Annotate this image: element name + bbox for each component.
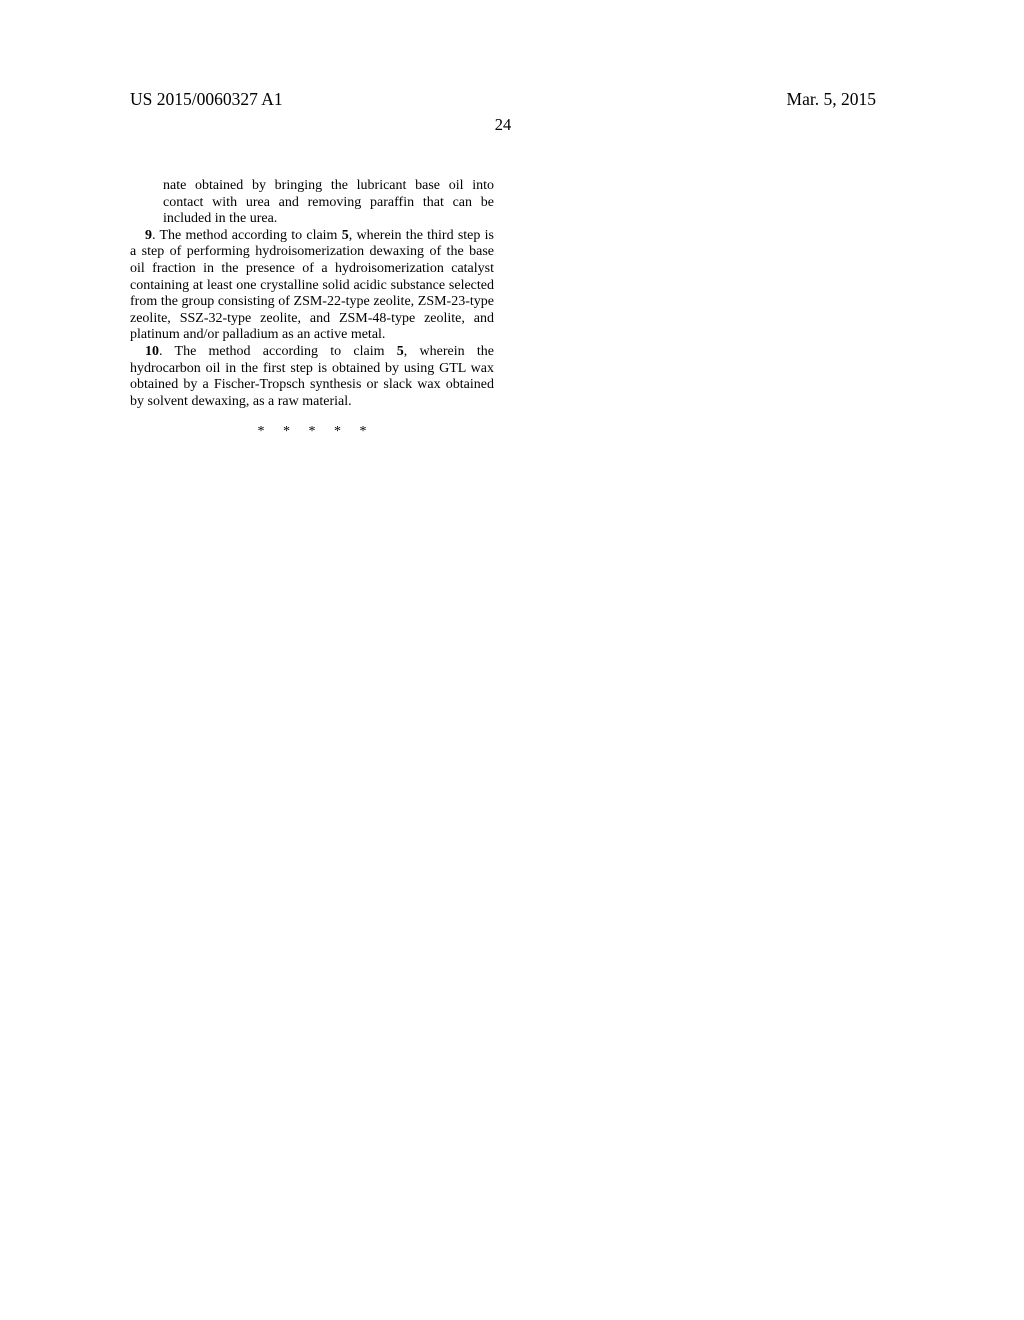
claim-9-body: , wherein the third step is a step of pe… xyxy=(130,228,494,343)
patent-number: US 2015/0060327 A1 xyxy=(130,88,283,110)
page-header: US 2015/0060327 A1 Mar. 5, 2015 xyxy=(130,88,876,110)
page-number: 24 xyxy=(130,115,876,135)
claim-10: 10. The method according to claim 5, whe… xyxy=(130,344,494,410)
claim-10-lead: . The method according to claim xyxy=(159,344,397,359)
claim-9-number: 9 xyxy=(145,228,152,243)
publication-date: Mar. 5, 2015 xyxy=(787,88,876,110)
end-of-claims-asterisks: * * * * * xyxy=(130,424,494,441)
patent-page: US 2015/0060327 A1 Mar. 5, 2015 24 nate … xyxy=(0,0,1024,1320)
claims-column: nate obtained by bringing the lubricant … xyxy=(130,178,494,441)
claim-10-reference: 5 xyxy=(397,344,404,359)
claim-9: 9. The method according to claim 5, wher… xyxy=(130,228,494,344)
claim-10-number: 10 xyxy=(145,344,159,359)
claim-9-lead: . The method according to claim xyxy=(152,228,342,243)
claim-continuation-text: nate obtained by bringing the lubricant … xyxy=(163,178,494,228)
claim-9-reference: 5 xyxy=(342,228,349,243)
